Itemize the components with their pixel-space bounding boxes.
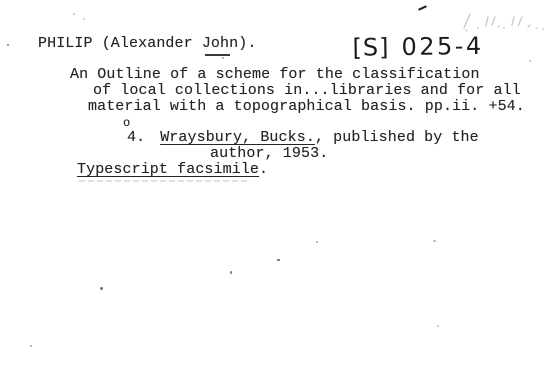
ink-speck bbox=[277, 259, 280, 261]
note-text: Typescript facsimile bbox=[77, 161, 259, 178]
note-period: . bbox=[259, 161, 268, 178]
ink-speck bbox=[433, 240, 436, 242]
stray-underline-mark bbox=[205, 54, 230, 56]
ink-speck bbox=[230, 271, 232, 274]
classmark-prefix: [S] bbox=[352, 33, 389, 62]
underline-ghost-artifact bbox=[79, 180, 247, 182]
format-superscript: o bbox=[123, 117, 130, 129]
ink-speck bbox=[30, 345, 32, 347]
note-line: Typescript facsimile. bbox=[77, 162, 268, 178]
ink-speck bbox=[437, 325, 439, 327]
author-heading: PHILIP (Alexander John). bbox=[38, 36, 256, 52]
ink-speck bbox=[100, 287, 103, 290]
ink-speck bbox=[83, 18, 85, 20]
ink-speck bbox=[316, 241, 318, 243]
ink-speck bbox=[529, 60, 531, 62]
imprint-line-2: author, 1953. bbox=[210, 146, 328, 162]
faint-pencil-marks bbox=[456, 6, 548, 36]
classmark-number: 025-4 bbox=[401, 32, 484, 61]
catalog-card-scan: [S]025-4 PHILIP (Alexander John). An Out… bbox=[0, 0, 550, 374]
ink-speck bbox=[222, 57, 224, 59]
title-line-3: material with a topographical basis. pp.… bbox=[88, 99, 525, 115]
title-line-2: of local collections in...libraries and … bbox=[93, 83, 521, 99]
ink-speck bbox=[7, 44, 9, 46]
title-line-1: An Outline of a scheme for the classific… bbox=[70, 67, 480, 83]
ink-speck bbox=[73, 13, 75, 15]
imprint-line: 4.Wraysbury, Bucks., published by the bbox=[127, 130, 479, 146]
format-number: 4. bbox=[127, 129, 145, 146]
imprint-place: Wraysbury, Bucks. bbox=[160, 129, 315, 146]
imprint-publisher: , published by the bbox=[315, 129, 479, 146]
